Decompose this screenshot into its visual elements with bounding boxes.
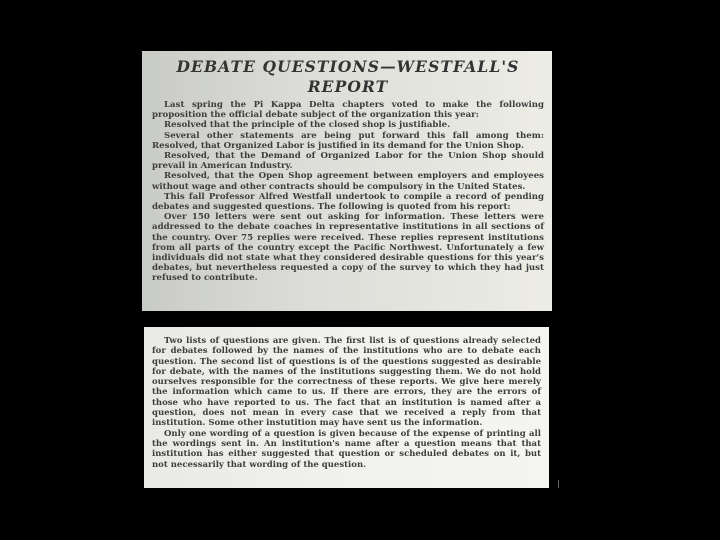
scan-artifact (558, 480, 559, 488)
quoted-paragraph: Over 150 letters were sent out asking fo… (152, 212, 544, 283)
paragraph: This fall Professor Alfred Westfall unde… (152, 192, 544, 212)
paragraph: Several other statements are being put f… (152, 131, 544, 151)
paragraph: Resolved, that the Open Shop agreement b… (152, 171, 544, 191)
paragraph: Resolved that the principle of the close… (152, 120, 544, 130)
paragraph: Resolved, that the Demand of Organized L… (152, 151, 544, 171)
article-excerpt-bottom: Two lists of questions are given. The fi… (144, 327, 549, 488)
article-excerpt-top: DEBATE QUESTIONS—WESTFALL'S REPORT Last … (142, 51, 552, 311)
article-title: DEBATE QUESTIONS—WESTFALL'S REPORT (152, 57, 544, 97)
paragraph: Two lists of questions are given. The fi… (152, 336, 541, 429)
paragraph: Only one wording of a question is given … (152, 429, 541, 470)
paragraph: Last spring the Pi Kappa Delta chapters … (152, 100, 544, 120)
